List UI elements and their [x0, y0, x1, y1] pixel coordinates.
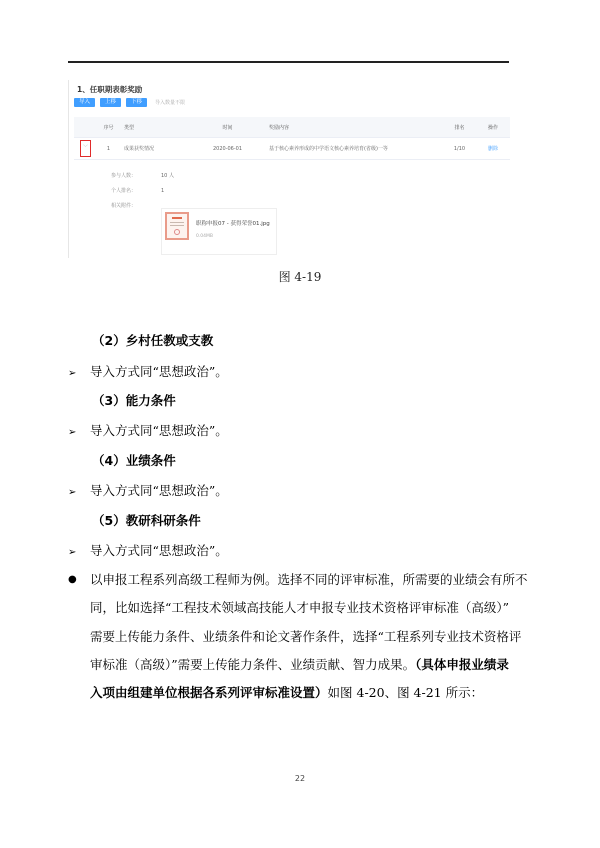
col-index: 序号 — [97, 124, 120, 131]
arrow-bullet-icon: ➢ — [68, 487, 90, 498]
col-content: 奖励内容 — [265, 124, 443, 131]
cell-index: 1 — [97, 146, 120, 152]
section-title: 1、任职期表彰奖励 — [77, 84, 142, 95]
toolbar: 导入 上移 下移 导入数量不限 — [74, 98, 185, 107]
move-up-button[interactable]: 上移 — [100, 98, 121, 107]
heading-research: （5）教研科研条件 — [92, 511, 201, 529]
personal-rank-value: 1 — [161, 188, 164, 194]
cell-content: 基于核心素养形成的中学语文核心素养培育(省级)一等 — [265, 145, 443, 152]
attachment-file-name: 职称申报07 - 获得荣誉01.jpg — [196, 219, 270, 227]
arrow-bullet-icon: ➢ — [68, 427, 90, 438]
certificate-thumbnail — [165, 212, 189, 240]
arrow-bullet-icon: ➢ — [68, 368, 90, 379]
header-rule — [68, 61, 509, 63]
import-button[interactable]: 导入 — [74, 98, 95, 107]
arrow-bullet-icon: ➢ — [68, 547, 90, 558]
move-down-button[interactable]: 下移 — [126, 98, 147, 107]
heading-ability: （3）能力条件 — [92, 391, 176, 409]
list-item: ➢导入方式同“思想政治”。 — [68, 481, 228, 499]
cell-date: 2020-06-01 — [190, 146, 265, 152]
import-hint: 导入数量不限 — [155, 99, 185, 106]
participants-label: 参与人数： — [111, 172, 161, 179]
heading-performance: （4）业绩条件 — [92, 451, 176, 469]
list-item: ➢导入方式同“思想政治”。 — [68, 541, 228, 559]
dot-bullet-icon: ● — [68, 566, 77, 594]
attachment-card[interactable]: 职称申报07 - 获得荣誉01.jpg 0.04MB — [161, 208, 277, 255]
embedded-screenshot: 1、任职期表彰奖励 导入 上移 下移 导入数量不限 序号 类型 时间 奖励内容 … — [68, 80, 510, 258]
chevron-down-icon[interactable]: ﹀ — [80, 140, 91, 157]
engineering-paragraph: ● 以申报工程系列高级工程师为例。选择不同的评审标准，所需要的业绩会有所不 同，… — [68, 566, 518, 707]
page-number: 22 — [0, 774, 600, 783]
table-row: ﹀ 1 成果获奖情况 2020-06-01 基于核心素养形成的中学语文核心素养培… — [74, 138, 510, 160]
cell-type: 成果获奖情况 — [120, 145, 190, 152]
participants-value: 10 人 — [161, 172, 174, 179]
attachment-label: 相关附件： — [111, 202, 161, 209]
personal-rank-label: 个人排名： — [111, 187, 161, 194]
awards-table: 序号 类型 时间 奖励内容 排名 操作 ﹀ 1 成果获奖情况 2020-06-0… — [74, 117, 510, 160]
col-rank: 排名 — [443, 124, 476, 131]
col-date: 时间 — [190, 124, 265, 131]
attachment-file-size: 0.04MB — [196, 234, 213, 239]
list-item: ➢导入方式同“思想政治”。 — [68, 362, 228, 380]
figure-caption: 图 4-19 — [0, 268, 600, 285]
delete-link[interactable]: 删除 — [476, 145, 510, 152]
col-action: 操作 — [476, 124, 510, 131]
row-detail: 参与人数： 10 人 个人排名： 1 相关附件： 职称申报07 - 获得荣誉01… — [111, 168, 174, 213]
heading-rural-teaching: （2）乡村任教或支教 — [92, 331, 213, 349]
cell-rank: 1/10 — [443, 146, 476, 152]
table-header: 序号 类型 时间 奖励内容 排名 操作 — [74, 117, 510, 138]
col-type: 类型 — [120, 124, 190, 131]
list-item: ➢导入方式同“思想政治”。 — [68, 421, 228, 439]
